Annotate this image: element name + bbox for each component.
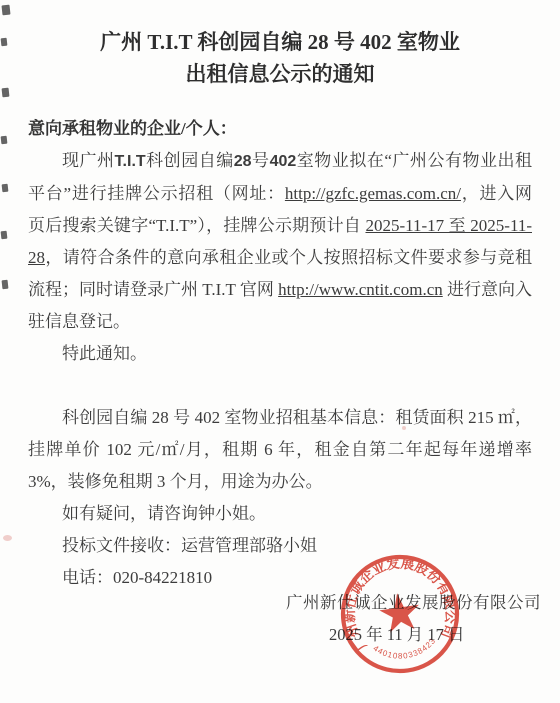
title-line-1: 广州 T.I.T 科创园自编 28 号 402 室物业	[28, 26, 532, 58]
document-body: 意向承租物业的企业/个人： 现广州T.I.T科创园自编28号402室物业拟在“广…	[28, 113, 532, 594]
scan-artifact	[1, 38, 8, 47]
title-line-2: 出租信息公示的通知	[28, 58, 532, 90]
scan-artifact	[1, 136, 8, 145]
text-segment: 科创园自编	[146, 151, 234, 170]
scan-artifact	[2, 280, 9, 290]
text-segment-bold: T.I.T	[115, 153, 146, 170]
paragraph-contact: 如有疑问，请咨询钟小姐。	[28, 498, 532, 530]
document-content: 广州 T.I.T 科创园自编 28 号 402 室物业 出租信息公示的通知 意向…	[0, 0, 560, 594]
signature-date: 2025 年 11 月 17 日	[329, 621, 465, 645]
paragraph-notice-close: 特此通知。	[28, 338, 532, 370]
url-cntit: http://www.cntit.com.cn	[278, 280, 443, 299]
paragraph-bid-reception: 投标文件接收：运营管理部骆小姐	[28, 530, 532, 562]
document-title: 广州 T.I.T 科创园自编 28 号 402 室物业 出租信息公示的通知	[28, 26, 532, 90]
scan-artifact	[1, 5, 10, 16]
scan-artifact	[2, 88, 10, 98]
url-gzfc-gemas: http://gzfc.gemas.com.cn/	[285, 184, 461, 203]
text-segment: 现广州	[62, 151, 115, 170]
paragraph-lease-info: 科创园自编 28 号 402 室物业招租基本信息：租赁面积 215 ㎡，挂牌单价…	[28, 402, 532, 498]
scan-artifact	[1, 231, 8, 240]
scanned-notice-page: 广州 T.I.T 科创园自编 28 号 402 室物业 出租信息公示的通知 意向…	[0, 0, 560, 703]
text-segment-bold: 28	[234, 153, 252, 170]
text-segment-bold: 402	[270, 153, 297, 170]
salutation: 意向承租物业的企业/个人：	[28, 113, 532, 145]
scan-speck	[402, 426, 406, 430]
text-segment: 号	[252, 151, 270, 170]
scan-speck	[3, 535, 12, 541]
paragraph-announcement: 现广州T.I.T科创园自编28号402室物业拟在“广州公有物业出租平台”进行挂牌…	[28, 145, 532, 338]
signature-company: 广州新仕诚企业发展股份有限公司	[286, 589, 541, 613]
scan-artifact	[2, 184, 9, 193]
